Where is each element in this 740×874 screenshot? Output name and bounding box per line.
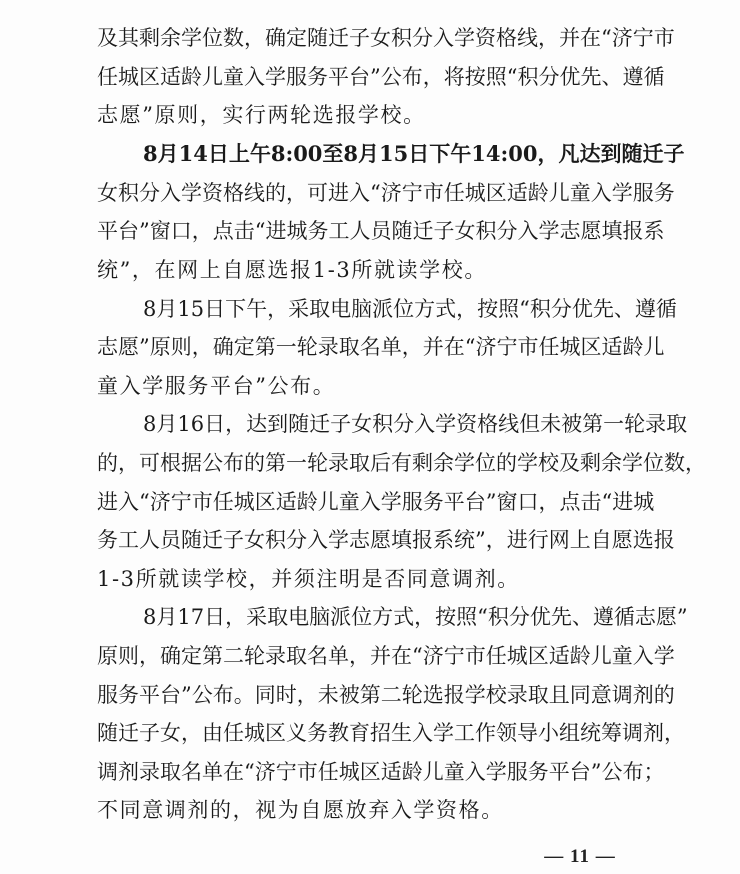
text-line-date-lead: 8月17日，采取电脑派位方式，按照“积分优先、遵循志愿” — [143, 602, 645, 632]
text-line: 任城区适龄儿童入学服务平台”公布，将按照“积分优先、遵循 — [97, 62, 645, 92]
text-line: 女积分入学资格线的，可进入“济宁市任城区适龄儿童入学服务 — [97, 178, 645, 208]
text-line: 务工人员随迁子女积分入学志愿填报系统”，进行网上自愿选报 — [97, 525, 645, 555]
text-line: 进入“济宁市任城区适龄儿童入学服务平台”窗口，点击“进城 — [97, 487, 645, 517]
text-line: 及其剩余学位数，确定随迁子女积分入学资格线，并在“济宁市 — [97, 23, 645, 53]
text-line: 随迁子女，由任城区义务教育招生入学工作领导小组统筹调剂， — [97, 718, 645, 748]
text-line: 统”，在网上自愿选报1-3所就读学校。 — [97, 255, 645, 285]
page-number: — 11 — — [540, 843, 620, 871]
text-line-date-lead: 8月14日上午8:00至8月15日下午14:00，凡达到随迁子 — [143, 139, 645, 169]
text-line: 童入学服务平台”公布。 — [97, 371, 645, 401]
text-line: 志愿”原则，确定第一轮录取名单，并在“济宁市任城区适龄儿 — [97, 332, 645, 362]
text-line: 的，可根据公布的第一轮录取后有剩余学位的学校及剩余学位数， — [97, 448, 645, 478]
text-line: 平台”窗口，点击“进城务工人员随迁子女积分入学志愿填报系 — [97, 216, 645, 246]
text-line: 服务平台”公布。同时，未被第二轮选报学校录取且同意调剂的 — [97, 680, 645, 710]
text-line-date-lead: 8月15日下午，采取电脑派位方式，按照“积分优先、遵循 — [143, 294, 645, 324]
text-line: 调剂录取名单在“济宁市任城区适龄儿童入学服务平台”公布； — [97, 757, 645, 787]
text-line: 不同意调剂的，视为自愿放弃入学资格。 — [97, 795, 645, 825]
text-line: 志愿”原则，实行两轮选报学校。 — [97, 100, 645, 130]
text-line: 1-3所就读学校，并须注明是否同意调剂。 — [97, 564, 645, 594]
text-line: 原则，确定第二轮录取名单，并在“济宁市任城区适龄儿童入学 — [97, 641, 645, 671]
text-line-date-lead: 8月16日，达到随迁子女积分入学资格线但未被第一轮录取 — [143, 409, 645, 439]
document-page: 及其剩余学位数，确定随迁子女积分入学资格线，并在“济宁市 任城区适龄儿童入学服务… — [0, 0, 740, 874]
